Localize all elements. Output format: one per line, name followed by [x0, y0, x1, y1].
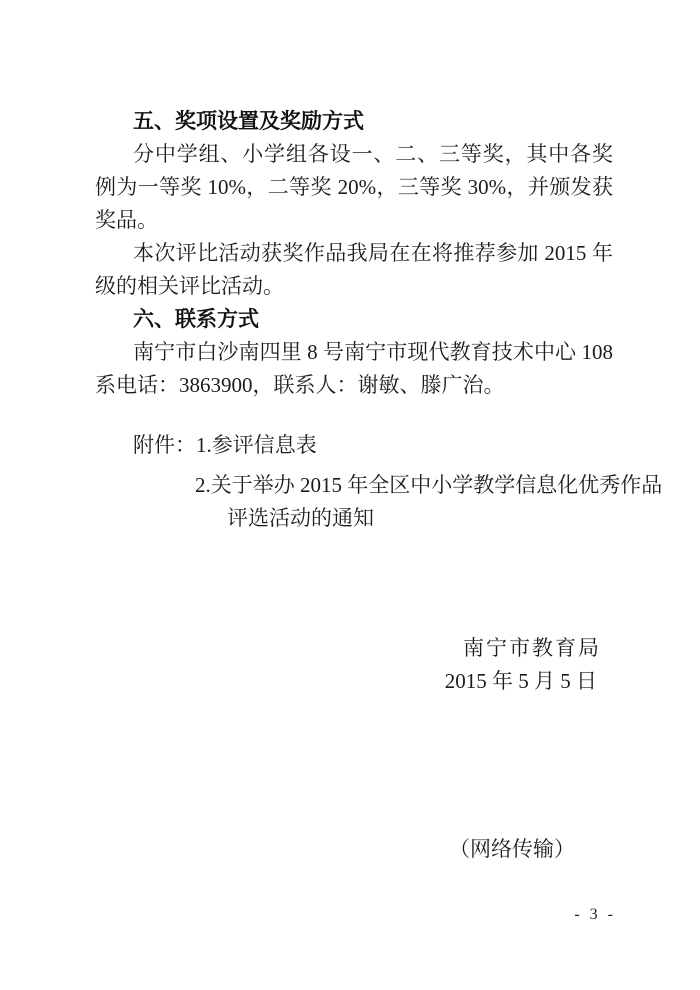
- attachment-line-1: 附件：1.参评信息表: [95, 429, 613, 462]
- section6-para1-line1: 南宁市白沙南四里 8 号南宁市现代教育技术中心 108 室，联: [95, 336, 613, 369]
- page-number: - 3 -: [95, 898, 613, 931]
- section5-para1-line2: 例为一等奖 10%，二等奖 20%，三等奖 30%，并颁发获奖证书和: [95, 171, 613, 204]
- document-body: 五、奖项设置及奖励方式 分中学组、小学组各设一、二、三等奖，其中各奖项所占比 例…: [95, 105, 613, 931]
- attachments-block: 附件：1.参评信息表 2.关于举办 2015 年全区中小学教学信息化优秀作品 评…: [95, 429, 613, 535]
- section5-para1-line3: 奖品。: [95, 204, 613, 237]
- signature-organization: 南宁市教育局: [95, 632, 613, 665]
- attachment-line-2: 2.关于举办 2015 年全区中小学教学信息化优秀作品: [95, 469, 613, 502]
- section5-para1-line1: 分中学组、小学组各设一、二、三等奖，其中各奖项所占比: [95, 138, 613, 171]
- attachment-line-3: 评选活动的通知: [95, 502, 613, 535]
- section6-heading: 六、联系方式: [95, 303, 613, 336]
- transmission-note: （网络传输）: [95, 833, 613, 866]
- section6-para1-line2: 系电话：3863900，联系人：谢敏、滕广治。: [95, 369, 613, 402]
- signature-block: 南宁市教育局 2015 年 5 月 5 日: [95, 632, 613, 698]
- document-page: 五、奖项设置及奖励方式 分中学组、小学组各设一、二、三等奖，其中各奖项所占比 例…: [0, 0, 700, 990]
- signature-date: 2015 年 5 月 5 日: [95, 665, 613, 698]
- section5-para2-line1: 本次评比活动获奖作品我局在在将推荐参加 2015 年自治区: [95, 237, 613, 270]
- section5-heading: 五、奖项设置及奖励方式: [95, 105, 613, 138]
- section5-para2-line2: 级的相关评比活动。: [95, 270, 613, 303]
